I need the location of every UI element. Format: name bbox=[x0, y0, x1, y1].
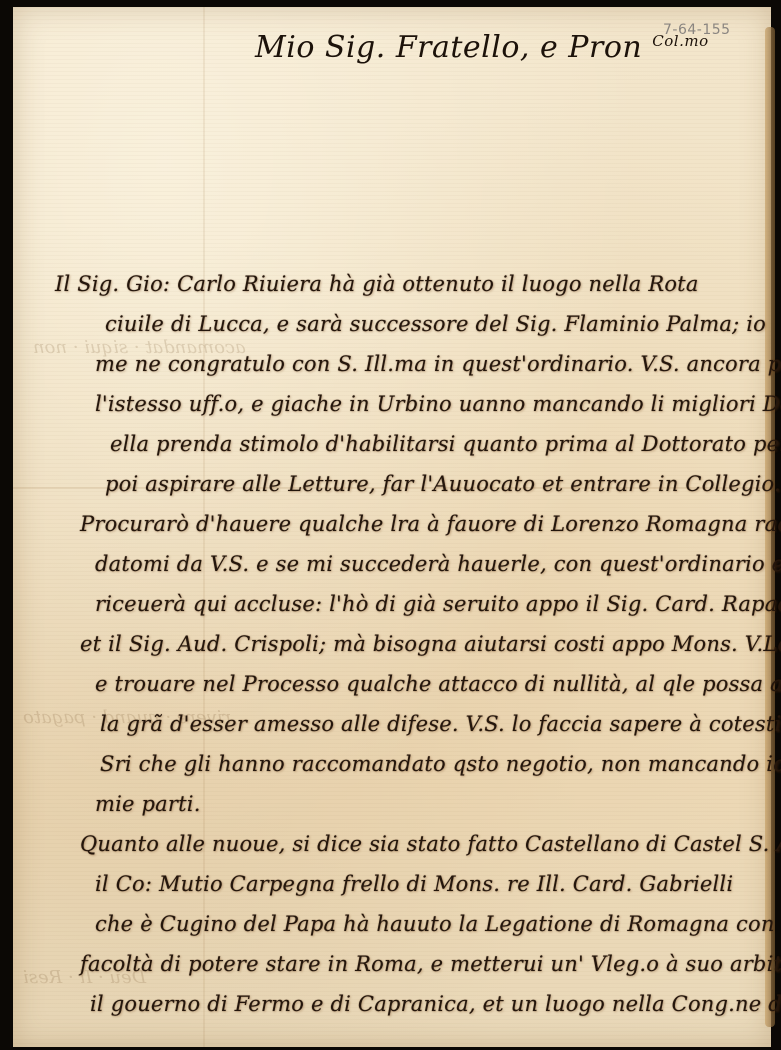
text-line: facoltà di potere stare in Roma, e mette… bbox=[80, 952, 780, 992]
text-line: il Co: Mutio Carpegna frello di Mons. re… bbox=[95, 872, 781, 912]
text-line: Il Sig. Gio: Carlo Riuiera hà già ottenu… bbox=[55, 272, 755, 312]
text-line: la grã d'esser amesso alle difese. V.S. … bbox=[100, 712, 781, 752]
letter-salutation: Mio Sig. Fratello, e Pron Col.mo bbox=[255, 30, 709, 65]
text-line: Procurarò d'hauere qualche lra à fauore … bbox=[80, 512, 780, 552]
text-line: riceuerà qui accluse: l'hò di già seruit… bbox=[95, 592, 781, 632]
text-line: et il Sig. Aud. Crispoli; mà bisogna aiu… bbox=[80, 632, 780, 672]
text-line: Sri che gli hanno raccomandato qsto nego… bbox=[100, 752, 781, 792]
salutation-superscript: Col.mo bbox=[652, 32, 708, 50]
text-line: e trouare nel Processo qualche attacco d… bbox=[95, 672, 781, 712]
salutation-text: Mio Sig. Fratello, e Pron bbox=[255, 30, 642, 65]
text-line: poi aspirare alle Letture, far l'Auuocat… bbox=[105, 472, 781, 512]
text-line: che è Cugino del Papa hà hauuto la Legat… bbox=[95, 912, 781, 952]
text-line: mie parti. bbox=[95, 792, 781, 832]
text-line: ella prenda stimolo d'habilitarsi quanto… bbox=[110, 432, 781, 472]
letter-body: Il Sig. Gio: Carlo Riuiera hà già ottenu… bbox=[55, 272, 755, 1032]
text-line: datomi da V.S. e se mi succederà hauerle… bbox=[95, 552, 781, 592]
text-line: Quanto alle nuoue, si dice sia stato fat… bbox=[80, 832, 780, 872]
text-line: l'istesso uff.o, e giache in Urbino uann… bbox=[95, 392, 781, 432]
text-line: me ne congratulo con S. Ill.ma in quest'… bbox=[95, 352, 781, 392]
text-line: ciuile di Lucca, e sarà successore del S… bbox=[105, 312, 781, 352]
text-line: il gouerno di Fermo e di Capranica, et u… bbox=[90, 992, 781, 1032]
